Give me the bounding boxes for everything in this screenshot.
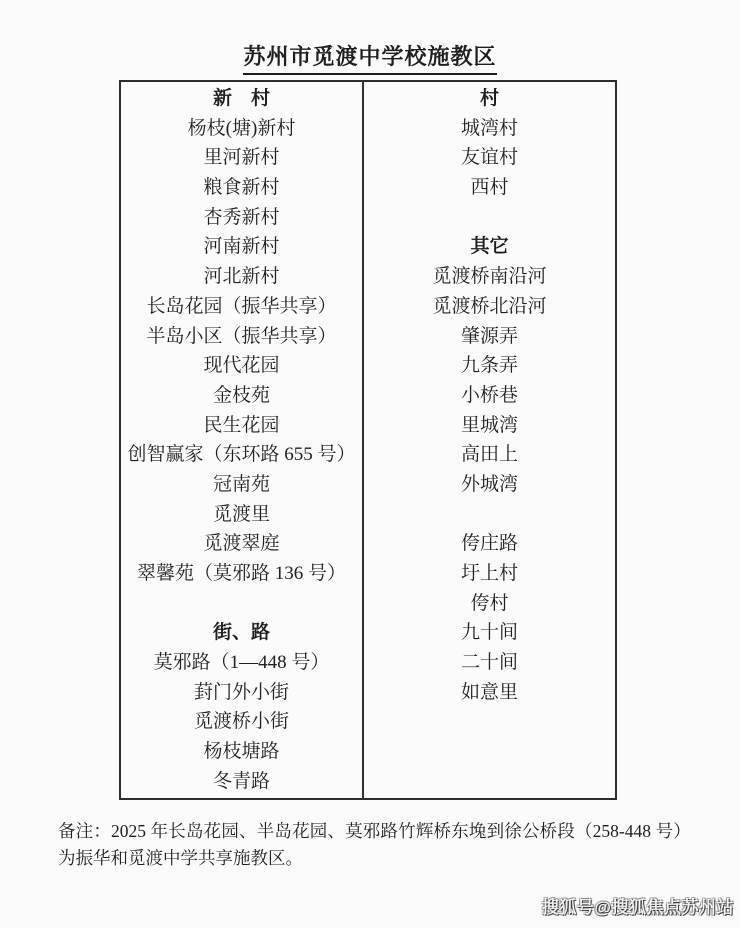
table-cell: 觅渡翠庭 bbox=[121, 529, 362, 559]
table-cell: 觅渡桥小街 bbox=[121, 707, 362, 737]
table-cell: 小桥巷 bbox=[364, 381, 615, 411]
table-cell: 现代花园 bbox=[121, 351, 362, 381]
table-cell: 觅渡桥北沿河 bbox=[364, 292, 615, 322]
table-cell: 高田上 bbox=[364, 440, 615, 470]
table-cell: 友谊村 bbox=[364, 143, 615, 173]
table-cell: 杨枝塘路 bbox=[121, 737, 362, 767]
table-cell: 侉庄路 bbox=[364, 529, 615, 559]
table-cell: 里河新村 bbox=[121, 143, 362, 173]
table-cell: 圩上村 bbox=[364, 559, 615, 589]
page-title: 苏州市觅渡中学校施教区 bbox=[0, 40, 740, 75]
table-cell: 觅渡里 bbox=[121, 500, 362, 530]
watermark: 搜狐号@搜狐焦点苏州站 bbox=[542, 893, 734, 918]
table-cell: 冬青路 bbox=[121, 767, 362, 797]
section-header-cell: 村 bbox=[364, 84, 615, 114]
table-cell: 九十间 bbox=[364, 618, 615, 648]
table-cell: 创智赢家（东环路 655 号） bbox=[121, 440, 362, 470]
table-cell bbox=[364, 203, 615, 233]
table-cell: 杨枝(塘)新村 bbox=[121, 114, 362, 144]
table-cell: 粮食新村 bbox=[121, 173, 362, 203]
table-cell: 河北新村 bbox=[121, 262, 362, 292]
table-cell bbox=[364, 707, 615, 737]
table-cell bbox=[121, 589, 362, 619]
table-column-right: 村城湾村友谊村西村其它觅渡桥南沿河觅渡桥北沿河肇源弄九条弄小桥巷里城湾高田上外城… bbox=[362, 82, 615, 798]
table-cell: 城湾村 bbox=[364, 114, 615, 144]
table-column-left: 新 村杨枝(塘)新村里河新村粮食新村杏秀新村河南新村河北新村长岛花园（振华共享）… bbox=[121, 82, 362, 798]
table-cell bbox=[364, 500, 615, 530]
table-cell: 外城湾 bbox=[364, 470, 615, 500]
table-cell: 肇源弄 bbox=[364, 322, 615, 352]
table-cell bbox=[364, 767, 615, 797]
table-cell: 如意里 bbox=[364, 678, 615, 708]
section-header-cell: 其它 bbox=[364, 232, 615, 262]
table-cell: 冠南苑 bbox=[121, 470, 362, 500]
section-header-cell: 街、路 bbox=[121, 618, 362, 648]
table-cell: 杏秀新村 bbox=[121, 203, 362, 233]
table-cell: 觅渡桥南沿河 bbox=[364, 262, 615, 292]
table-cell: 民生花园 bbox=[121, 411, 362, 441]
table-cell: 西村 bbox=[364, 173, 615, 203]
district-table: 新 村杨枝(塘)新村里河新村粮食新村杏秀新村河南新村河北新村长岛花园（振华共享）… bbox=[119, 80, 617, 800]
table-cell: 二十间 bbox=[364, 648, 615, 678]
section-header-cell: 新 村 bbox=[121, 84, 362, 114]
table-cell: 九条弄 bbox=[364, 351, 615, 381]
table-cell: 莫邪路（1—448 号） bbox=[121, 648, 362, 678]
table-cell: 葑门外小街 bbox=[121, 678, 362, 708]
page-title-text: 苏州市觅渡中学校施教区 bbox=[243, 40, 496, 75]
footnote: 备注：2025 年长岛花园、半岛花园、莫邪路竹辉桥东堍到徐公桥段（258-448… bbox=[58, 818, 682, 872]
table-cell: 翠馨苑（莫邪路 136 号） bbox=[121, 559, 362, 589]
table-cell: 金枝苑 bbox=[121, 381, 362, 411]
table-cell: 侉村 bbox=[364, 589, 615, 619]
document-page: 苏州市觅渡中学校施教区 新 村杨枝(塘)新村里河新村粮食新村杏秀新村河南新村河北… bbox=[0, 0, 740, 928]
table-cell: 长岛花园（振华共享） bbox=[121, 292, 362, 322]
table-cell bbox=[364, 737, 615, 767]
table-cell: 里城湾 bbox=[364, 411, 615, 441]
table-cell: 河南新村 bbox=[121, 232, 362, 262]
table-cell: 半岛小区（振华共享） bbox=[121, 322, 362, 352]
